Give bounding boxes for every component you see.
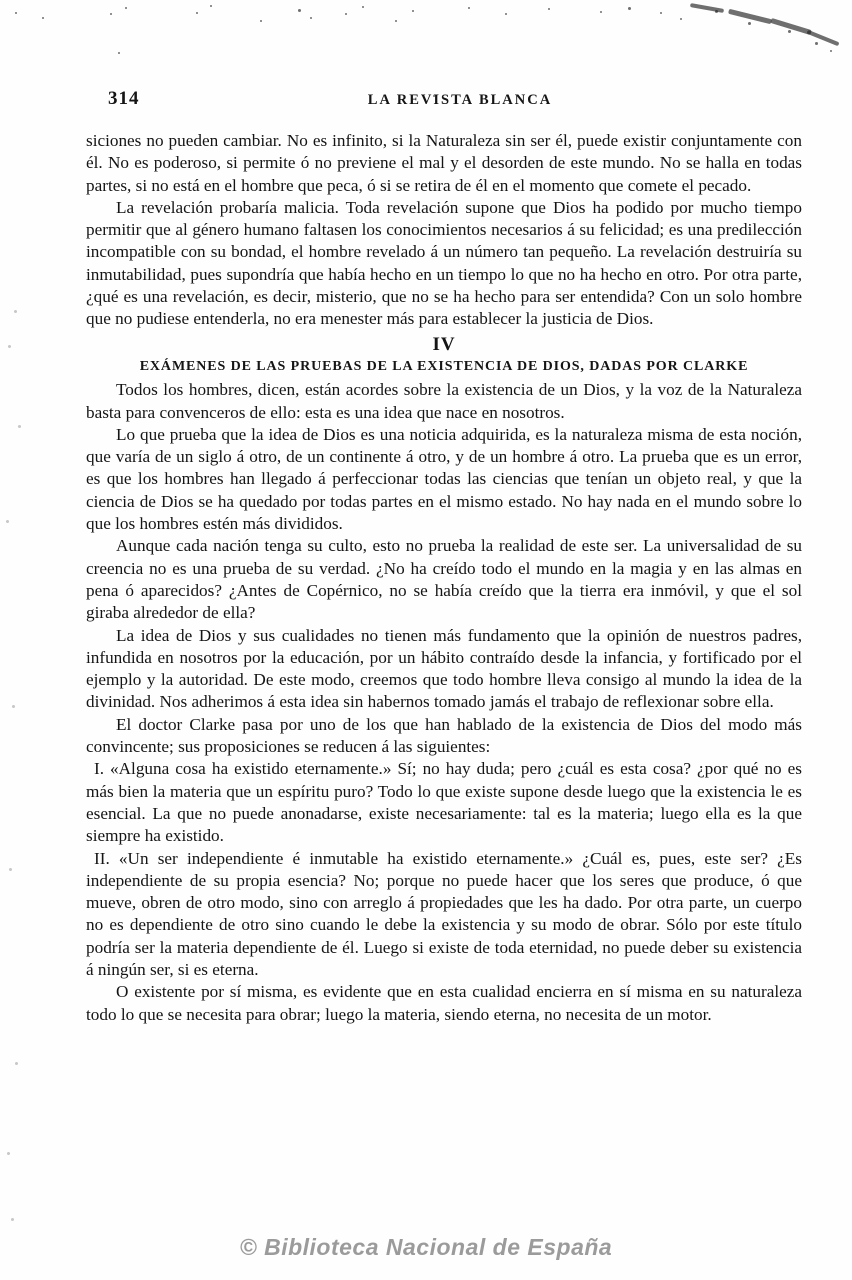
scanned-book-page: 314 LA REVISTA BLANCA siciones no pueden… bbox=[0, 0, 852, 1280]
section-heading: EXÁMENES DE LAS PRUEBAS DE LA EXISTENCIA… bbox=[86, 356, 802, 378]
paragraph: Lo que prueba que la idea de Dios es una… bbox=[86, 424, 802, 535]
page-text: siciones no pueden cambiar. No es infini… bbox=[86, 130, 802, 1026]
paragraph: La revelación probaría malicia. Toda rev… bbox=[86, 197, 802, 331]
library-watermark: © Biblioteca Nacional de España bbox=[0, 1234, 852, 1261]
paragraph: O existente por sí misma, es evidente qu… bbox=[86, 981, 802, 1026]
paragraph: El doctor Clarke pasa por uno de los que… bbox=[86, 714, 802, 759]
paragraph: La idea de Dios y sus cualidades no tien… bbox=[86, 625, 802, 714]
section-number: IV bbox=[86, 334, 802, 356]
paragraph: Aunque cada nación tenga su culto, esto … bbox=[86, 535, 802, 624]
paragraph-proposition-2: II. «Un ser independiente é inmutable ha… bbox=[86, 848, 802, 982]
paragraph: Todos los hombres, dicen, están acordes … bbox=[86, 379, 802, 424]
paragraph: siciones no pueden cambiar. No es infini… bbox=[86, 130, 802, 197]
journal-title: LA REVISTA BLANCA bbox=[120, 92, 800, 109]
paragraph-proposition-1: I. «Alguna cosa ha existido eternamente.… bbox=[86, 758, 802, 847]
